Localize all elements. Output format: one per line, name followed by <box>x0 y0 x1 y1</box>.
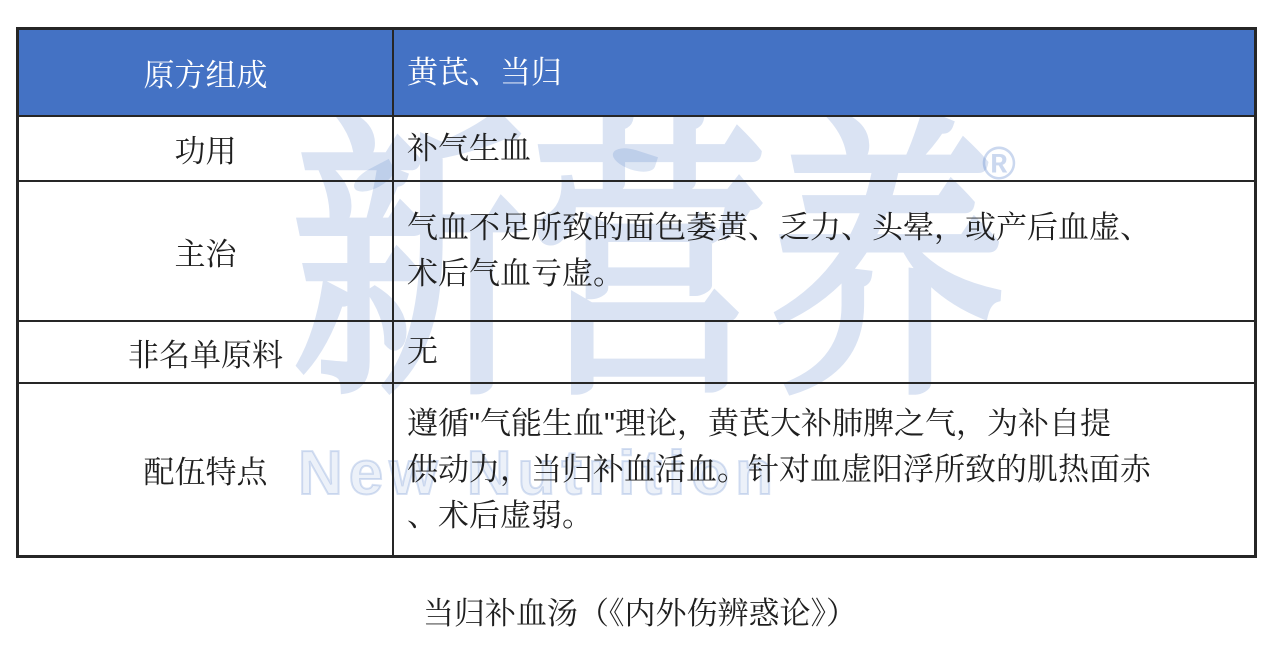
row-function-label: 功用 <box>19 117 394 182</box>
row-compatibility-label: 配伍特点 <box>19 384 394 555</box>
row-nonlisted-ingredients-label: 非名单原料 <box>19 322 394 384</box>
table-caption: 当归补血汤（《内外伤辨惑论》） <box>0 588 1280 633</box>
row-nonlisted-ingredients-value: 无 <box>394 322 1254 384</box>
table-header-ingredients: 黄芪、当归 <box>394 30 1254 117</box>
formula-table: 原方组成 黄芪、当归 功用 补气生血 主治 气血不足所致的面色萎黄、乏力、头晕，… <box>16 27 1257 558</box>
row-function-value: 补气生血 <box>394 117 1254 182</box>
row-compatibility-value: 遵循"气能生血"理论，黄芪大补肺脾之气，为补自提 供动力，当归补血活血。针对血虚… <box>394 384 1254 555</box>
row-indications-value: 气血不足所致的面色萎黄、乏力、头晕，或产后血虚、 术后气血亏虚。 <box>394 182 1254 322</box>
row-indications-label: 主治 <box>19 182 394 322</box>
table-header-composition: 原方组成 <box>19 30 394 117</box>
page: 新营养 ® New Nutrition 原方组成 黄芪、当归 功用 补气生血 主… <box>0 0 1280 646</box>
